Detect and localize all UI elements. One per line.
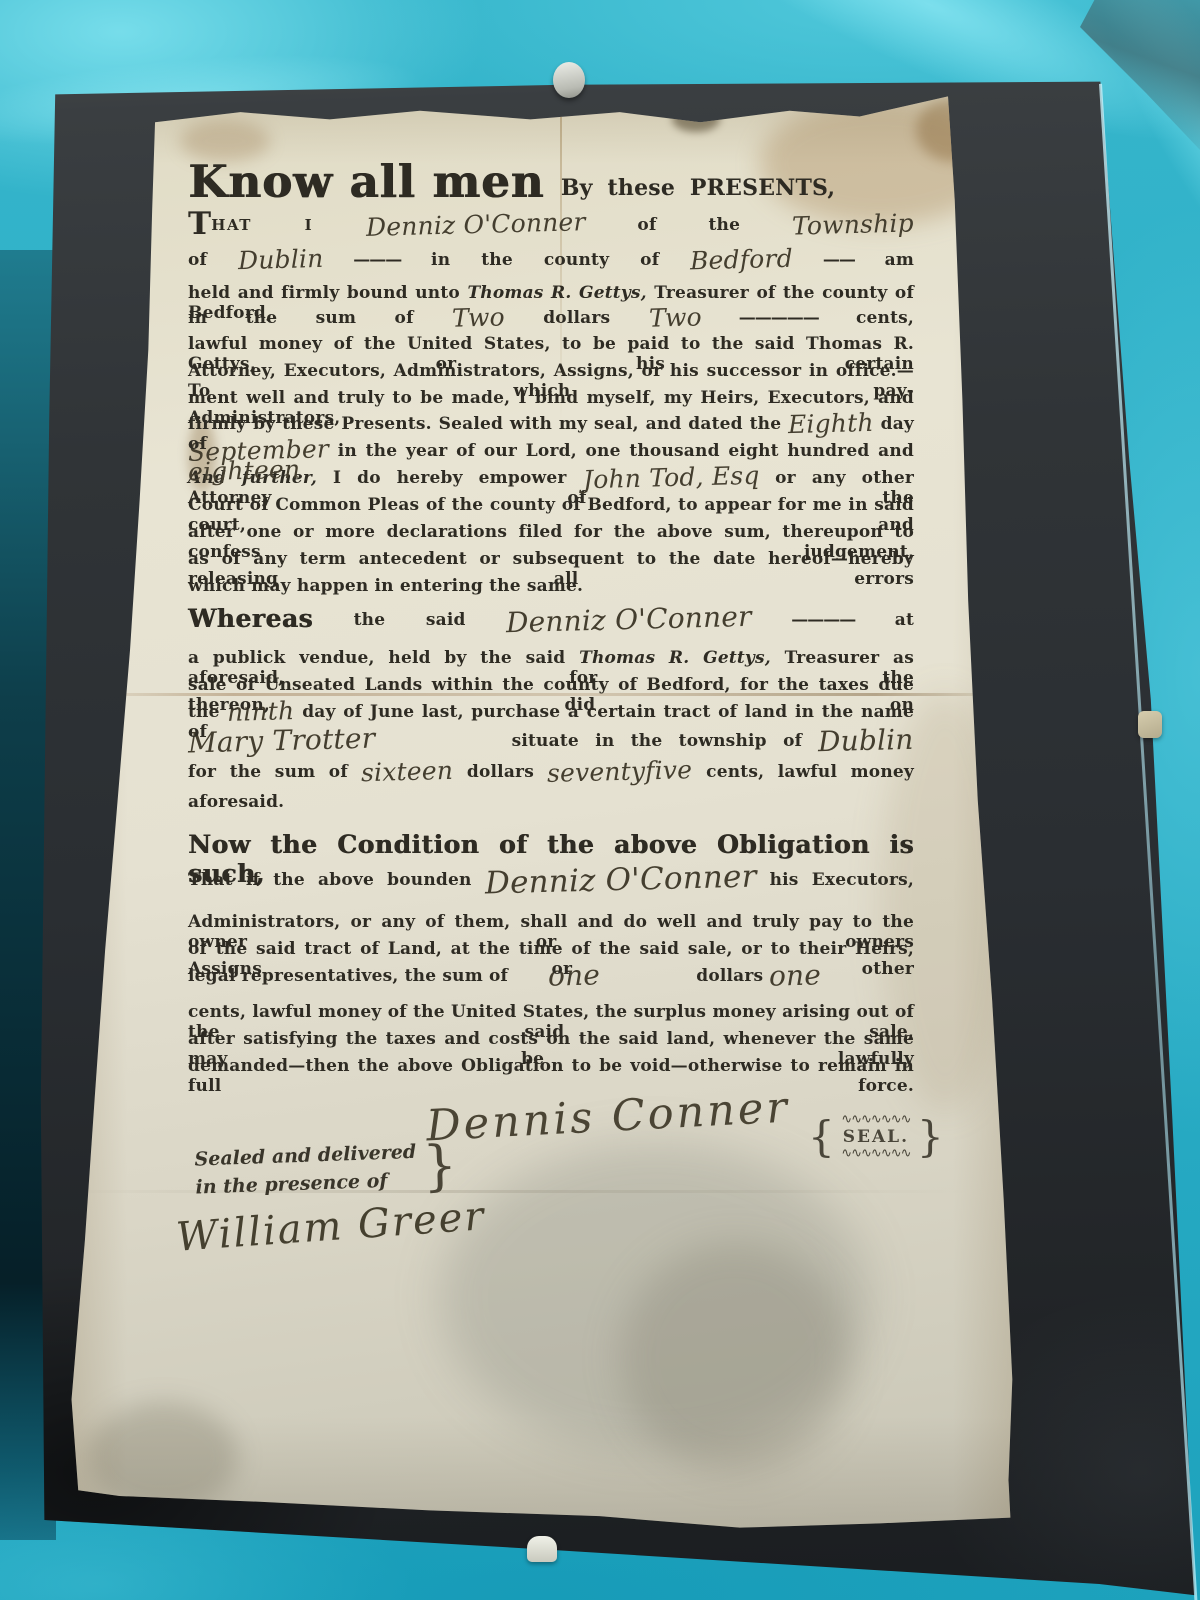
handwritten-text: Dublin — [238, 259, 323, 261]
document-line: Now the Condition of the above Obligatio… — [188, 830, 914, 888]
handwritten-text: Denniz O'Conner — [366, 222, 586, 228]
document-line: THAT I Denniz O'Conner of the Township — [188, 215, 914, 235]
document-line: Whereas the said Denniz O'Conner ———— at — [188, 604, 914, 633]
seal-label: SEAL. — [837, 1126, 915, 1148]
printed-text: Whereas — [188, 604, 313, 633]
printed-text: Thomas R. Gettys, — [467, 283, 646, 303]
attestation: Sealed and delivered in the presence of … — [194, 1133, 458, 1205]
printed-text: Now the Condition of the above Obligatio… — [188, 830, 914, 888]
document-line: held and firmly bound unto Thomas R. Get… — [188, 283, 914, 323]
document-line: for the sum of sixteen dollars seventyfi… — [188, 762, 914, 782]
printed-text: at — [895, 610, 914, 630]
printed-text: of the — [585, 215, 792, 235]
handwritten-text: Bedford — [690, 259, 793, 262]
document-line: Administrators, or any of them, shall an… — [188, 912, 914, 952]
printed-text: aforesaid. — [188, 792, 284, 812]
printed-text: a publick vendue, held by the said — [188, 648, 579, 668]
printed-text: Administrators, or any of them, shall an… — [188, 912, 914, 952]
printed-text: ———— — [752, 610, 895, 630]
printed-text: T — [188, 206, 211, 242]
printed-text: lawful money of the United States, to be… — [188, 334, 914, 374]
printed-text: am — [885, 250, 914, 270]
printed-text: dollars — [453, 762, 547, 782]
glass-clip-right — [1138, 711, 1162, 738]
framed-document-photo: demanded—then the above Obligation to be… — [0, 0, 1200, 1600]
printed-text: held and firmly bound unto — [188, 283, 467, 303]
seal-ornament-icon: ∿∿∿∿∿∿∿ — [841, 1114, 910, 1126]
document-line: lawful money of the United States, to be… — [188, 334, 914, 374]
handwritten-text: eighteen — [188, 470, 300, 473]
printed-text: of — [188, 250, 238, 270]
document-paper: demanded—then the above Obligation to be… — [60, 92, 1020, 1532]
seal-stamp: { ∿∿∿∿∿∿∿ SEAL. ∿∿∿∿∿∿∿ } — [808, 1114, 944, 1159]
printed-text: —— — [793, 250, 885, 270]
printed-text: the said — [313, 610, 506, 630]
document-line: of Dublin ——— in the county of Bedford —… — [188, 250, 914, 270]
seal-ornament-icon: ∿∿∿∿∿∿∿ — [841, 1148, 910, 1160]
printed-text: ——— — [323, 250, 431, 270]
document-line: a publick vendue, held by the said Thoma… — [188, 648, 914, 688]
document-line: Know all men By these PRESENTS, — [188, 155, 914, 208]
printed-text: Thomas R. Gettys, — [579, 648, 771, 668]
seal-brace-right-icon: } — [917, 1116, 944, 1158]
seal-brace-left-icon: { — [808, 1116, 835, 1158]
handwritten-text: sixteen — [361, 771, 453, 773]
handwritten-text: seventyfive — [547, 770, 692, 774]
printed-text: By these PRESENTS, — [561, 175, 835, 201]
printed-text: for the sum of — [188, 762, 361, 782]
handwritten-text: Denniz O'Conner — [506, 617, 752, 623]
document-line: aforesaid. — [188, 792, 914, 812]
printed-text: HAT I — [211, 216, 365, 234]
printed-text: in the county of — [431, 250, 690, 270]
printed-text: cents, lawful money of the United States… — [188, 1002, 914, 1042]
printed-text: Know all men — [188, 155, 561, 208]
handwritten-text: Township — [792, 223, 914, 226]
document-line: cents, lawful money of the United States… — [188, 1002, 914, 1042]
glass-clip-bottom — [527, 1536, 557, 1562]
glass-clip-top — [553, 62, 585, 98]
document-text: demanded—then the above Obligation to be… — [188, 92, 914, 1532]
printed-text: cents, lawful money — [693, 762, 914, 782]
